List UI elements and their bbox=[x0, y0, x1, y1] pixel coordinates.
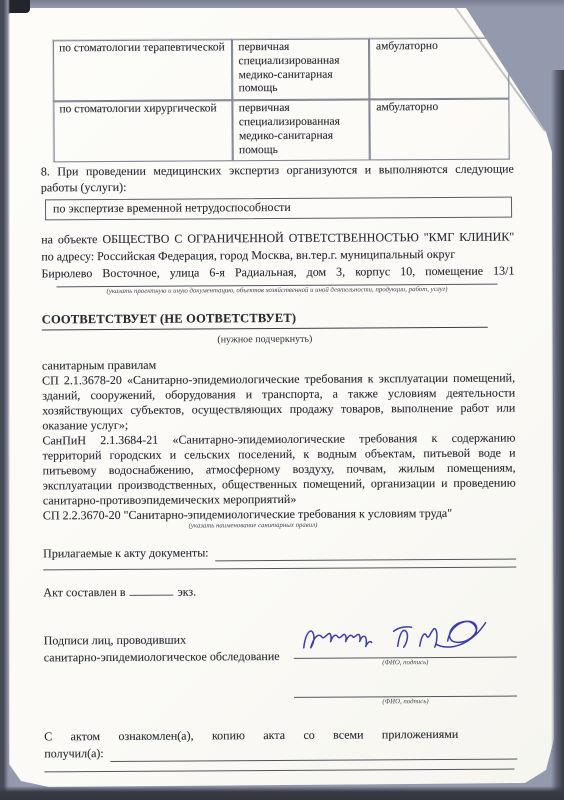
sanitary-rules-block: санитарным правилам СП 2.1.3678-20 «Сани… bbox=[42, 355, 516, 532]
signature-column: (ФИО, подпись) (ФИО, подпись) bbox=[294, 630, 517, 708]
service-mode-cell: амбулаторно bbox=[370, 98, 509, 160]
services-table: по стоматологии терапевтической первична… bbox=[52, 37, 510, 163]
signatures-labels: Подписи лиц, проводивших санитарно-эпиде… bbox=[44, 631, 294, 709]
object-label: на объекте bbox=[41, 232, 97, 246]
acknowledgment-blank-line bbox=[111, 746, 518, 762]
table-row: по стоматологии терапевтической первична… bbox=[53, 37, 509, 101]
section-8-text: 8. При проведении медицинских экспертиз … bbox=[41, 162, 514, 196]
service-direction-cell: по стоматологии терапевтической bbox=[53, 39, 233, 101]
scanned-page: по стоматологии терапевтической первична… bbox=[0, 0, 564, 800]
rule-item: СанПиН 2.1.3684-21 «Санитарно-эпидемиоло… bbox=[42, 431, 515, 509]
paper-sheet: по стоматологии терапевтической первична… bbox=[7, 4, 555, 788]
attachments-blank-line-2 bbox=[43, 566, 516, 570]
scan-edge-top bbox=[0, 0, 564, 8]
object-block: на объекте ОБЩЕСТВО С ОГРАНИЧЕННОЙ ОТВЕТ… bbox=[41, 229, 514, 283]
acknowledgment-label: получил(а): bbox=[44, 747, 103, 763]
acknowledgment-line-2: получил(а): bbox=[44, 744, 517, 762]
organization-name: ОБЩЕСТВО С ОГРАНИЧЕННОЙ ОТВЕТСТВЕННОСТЬЮ… bbox=[102, 230, 514, 247]
scan-edge-left bbox=[0, 0, 10, 800]
signatures-block: Подписи лиц, проводивших санитарно-эпиде… bbox=[44, 630, 517, 710]
service-kind-cell: первичная специализированная медико-сани… bbox=[232, 38, 370, 100]
acknowledgment-blank-line-2 bbox=[44, 769, 514, 773]
attachments-row: Прилагаемые к акту документы: bbox=[43, 544, 516, 562]
copies-prefix: Акт составлен в bbox=[43, 585, 125, 600]
conformity-title-line: СООТВЕТСТВУЕТ (НЕ ООТВЕТСТВУЕТ) bbox=[42, 309, 488, 330]
signatures-label-1: Подписи лиц, проводивших bbox=[44, 631, 294, 650]
attachments-label: Прилагаемые к акту документы: bbox=[43, 545, 209, 562]
signature-line-1 bbox=[294, 633, 517, 659]
copies-suffix: экз. bbox=[178, 584, 197, 598]
rule-item: СП 2.2.3670-20 "Санитарно-эпидемиологиче… bbox=[43, 506, 516, 524]
signature-ink bbox=[298, 613, 510, 660]
signatures-label-2: санитарно-эпидемиологическое обследовани… bbox=[44, 648, 294, 667]
scan-edge-right bbox=[551, 70, 564, 800]
expertise-value-box: по экспертизе временной нетрудоспособнос… bbox=[45, 196, 512, 220]
service-kind-cell: первичная специализированная медико-сани… bbox=[232, 99, 370, 161]
service-direction-cell: по стоматологии хирургической bbox=[53, 100, 233, 162]
copies-line: Акт составлен вэкз. bbox=[43, 581, 516, 600]
signature-caption-2: (ФИО, подпись) bbox=[294, 698, 517, 708]
document-content: по стоматологии терапевтической первична… bbox=[40, 37, 517, 773]
expertise-value: по экспертизе временной нетрудоспособнос… bbox=[53, 199, 291, 214]
service-mode-cell: амбулаторно bbox=[369, 37, 508, 99]
object-caption: (указать проектную и иную документацию, … bbox=[57, 286, 498, 298]
signature-line-2 bbox=[294, 674, 517, 698]
scan-edge-bottom bbox=[0, 786, 564, 800]
conformity-title: СООТВЕТСТВУЕТ (НЕ ООТВЕТСТВУЕТ) bbox=[42, 311, 297, 327]
acknowledgment-line-1: С актом ознакомлен(а), копию акта со все… bbox=[44, 727, 458, 745]
rule-item: СП 2.1.3678-20 «Санитарно-эпидемиологиче… bbox=[42, 371, 515, 434]
conformity-caption: (нужное подчеркнуть) bbox=[42, 331, 488, 347]
table-row: по стоматологии хирургической первичная … bbox=[53, 98, 509, 162]
attachments-blank-line bbox=[216, 545, 517, 561]
signature-caption-1: (ФИО, подпись) bbox=[294, 659, 517, 669]
copies-blank bbox=[130, 583, 174, 595]
acknowledgment-block: С актом ознакомлен(а), копию акта со все… bbox=[44, 726, 517, 772]
address-line-2: Бирюлево Восточное, улица 6-я Радиальная… bbox=[41, 263, 514, 283]
